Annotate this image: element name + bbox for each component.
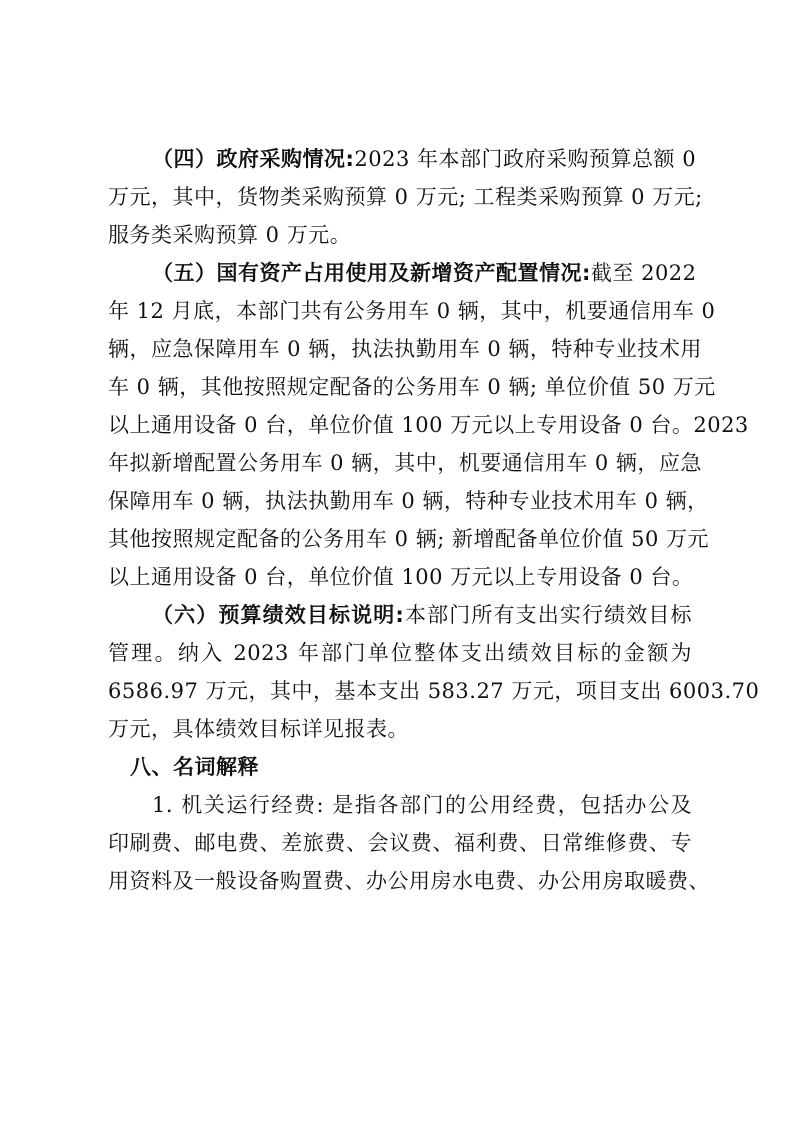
paragraph-line: 保障用车 0 辆，执法执勤用车 0 辆，特种专业技术用车 0 辆，	[108, 482, 692, 520]
paragraph-line: （五）国有资产占用使用及新增资产配置情况:截至 2022	[108, 254, 692, 292]
section-heading: （五）国有资产占用使用及新增资产配置情况:	[152, 261, 591, 285]
paragraph-line: （六）预算绩效目标说明:本部门所有支出实行绩效目标	[108, 596, 692, 634]
glossary-item-line: 印刷费、邮电费、差旅费、会议费、福利费、日常维修费、专	[108, 824, 692, 862]
paragraph-line: 年拟新增配置公务用车 0 辆，其中，机要通信用车 0 辆，应急	[108, 444, 692, 482]
section-heading: （四）政府采购情况:	[152, 147, 354, 171]
paragraph-line: 服务类采购预算 0 万元。	[108, 216, 692, 254]
paragraph-text: 本部门所有支出实行绩效目标	[404, 603, 692, 627]
paragraph-text: 截至 2022	[591, 261, 697, 285]
section-government-procurement: （四）政府采购情况:2023 年本部门政府采购预算总额 0 万元，其中，货物类采…	[108, 140, 692, 254]
chapter-glossary: 八、名词解释 1. 机关运行经费: 是指各部门的公用经费，包括办公及 印刷费、邮…	[108, 748, 692, 900]
chapter-title: 八、名词解释	[108, 748, 692, 786]
paragraph-line: 其他按照规定配备的公务用车 0 辆; 新增配备单位价值 50 万元	[108, 520, 692, 558]
paragraph-line: 管理。纳入 2023 年部门单位整体支出绩效目标的金额为	[108, 634, 692, 672]
document-page: （四）政府采购情况:2023 年本部门政府采购预算总额 0 万元，其中，货物类采…	[108, 140, 692, 900]
glossary-item-line: 用资料及一般设备购置费、办公用房水电费、办公用房取暖费、	[108, 862, 692, 900]
paragraph-line: 年 12 月底，本部门共有公务用车 0 辆，其中，机要通信用车 0	[108, 292, 692, 330]
section-performance-goals: （六）预算绩效目标说明:本部门所有支出实行绩效目标 管理。纳入 2023 年部门…	[108, 596, 692, 748]
paragraph-line: 以上通用设备 0 台，单位价值 100 万元以上专用设备 0 台。2023	[108, 406, 692, 444]
glossary-item-line: 1. 机关运行经费: 是指各部门的公用经费，包括办公及	[108, 786, 692, 824]
paragraph-line: （四）政府采购情况:2023 年本部门政府采购预算总额 0	[108, 140, 692, 178]
section-state-assets: （五）国有资产占用使用及新增资产配置情况:截至 2022 年 12 月底，本部门…	[108, 254, 692, 596]
paragraph-line: 6586.97 万元，其中，基本支出 583.27 万元，项目支出 6003.7…	[108, 672, 692, 710]
paragraph-line: 车 0 辆，其他按照规定配备的公务用车 0 辆; 单位价值 50 万元	[108, 368, 692, 406]
paragraph-text: 2023 年本部门政府采购预算总额 0	[354, 147, 696, 171]
paragraph-line: 辆，应急保障用车 0 辆，执法执勤用车 0 辆，特种专业技术用	[108, 330, 692, 368]
paragraph-line: 万元，具体绩效目标详见报表。	[108, 710, 692, 748]
paragraph-line: 万元，其中，货物类采购预算 0 万元; 工程类采购预算 0 万元;	[108, 178, 692, 216]
paragraph-line: 以上通用设备 0 台，单位价值 100 万元以上专用设备 0 台。	[108, 558, 692, 596]
section-heading: （六）预算绩效目标说明:	[152, 603, 404, 627]
